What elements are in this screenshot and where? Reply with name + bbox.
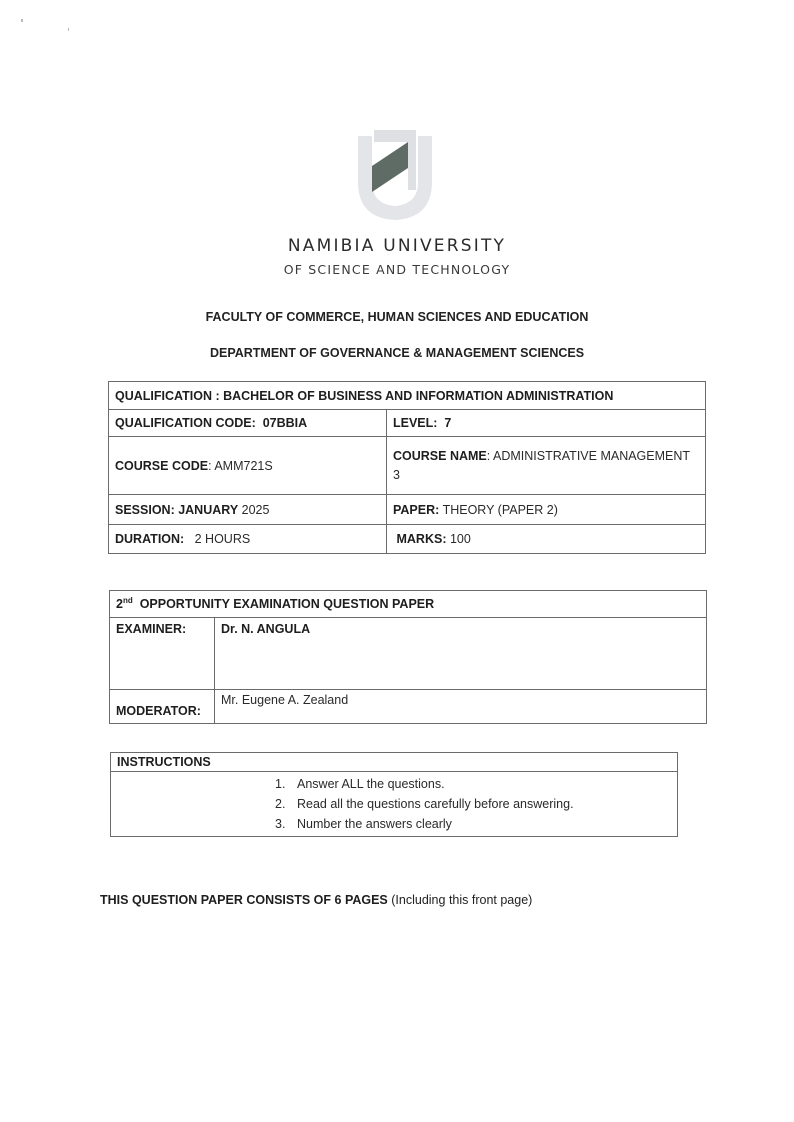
instructions-list-cell: 1.Answer ALL the questions. 2.Read all t… <box>111 772 678 837</box>
examiner-value: Dr. N. ANGULA <box>215 618 707 690</box>
instructions-list: 1.Answer ALL the questions. 2.Read all t… <box>111 774 677 834</box>
duration-cell: DURATION: 2 HOURS <box>109 525 387 554</box>
course-code-cell: COURSE CODE: AMM721S <box>109 437 387 495</box>
page-count-note: THIS QUESTION PAPER CONSISTS OF 6 PAGES … <box>100 893 532 907</box>
instruction-item: 3.Number the answers clearly <box>275 814 677 834</box>
qualification-code-cell: QUALIFICATION CODE: 07BBIA <box>109 410 387 437</box>
university-name: NAMIBIA UNIVERSITY <box>200 236 594 256</box>
instructions-table: INSTRUCTIONS 1.Answer ALL the questions.… <box>110 752 678 837</box>
instructions-header: INSTRUCTIONS <box>111 753 678 772</box>
department-heading: DEPARTMENT OF GOVERNANCE & MANAGEMENT SC… <box>100 346 694 360</box>
scan-speck <box>21 19 23 22</box>
nust-shield-logo-icon <box>352 128 438 224</box>
exam-title-cell: 2nd OPPORTUNITY EXAMINATION QUESTION PAP… <box>110 591 707 618</box>
scan-speck <box>68 28 69 31</box>
exam-info-table: 2nd OPPORTUNITY EXAMINATION QUESTION PAP… <box>109 590 707 724</box>
course-info-table: QUALIFICATION : BACHELOR OF BUSINESS AND… <box>108 381 706 554</box>
university-subtitle: OF SCIENCE AND TECHNOLOGY <box>200 262 594 277</box>
instruction-item: 1.Answer ALL the questions. <box>275 774 677 794</box>
faculty-heading: FACULTY OF COMMERCE, HUMAN SCIENCES AND … <box>100 310 694 324</box>
qualification-cell: QUALIFICATION : BACHELOR OF BUSINESS AND… <box>109 382 706 410</box>
marks-cell: MARKS: 100 <box>387 525 706 554</box>
moderator-value: Mr. Eugene A. Zealand <box>215 690 707 724</box>
moderator-label: MODERATOR: <box>110 690 215 724</box>
course-name-cell: COURSE NAME: ADMINISTRATIVE MANAGEMENT 3 <box>387 437 706 495</box>
level-cell: LEVEL: 7 <box>387 410 706 437</box>
session-cell: SESSION: JANUARY 2025 <box>109 495 387 525</box>
examiner-label: EXAMINER: <box>110 618 215 690</box>
paper-cell: PAPER: THEORY (PAPER 2) <box>387 495 706 525</box>
instruction-item: 2.Read all the questions carefully befor… <box>275 794 677 814</box>
